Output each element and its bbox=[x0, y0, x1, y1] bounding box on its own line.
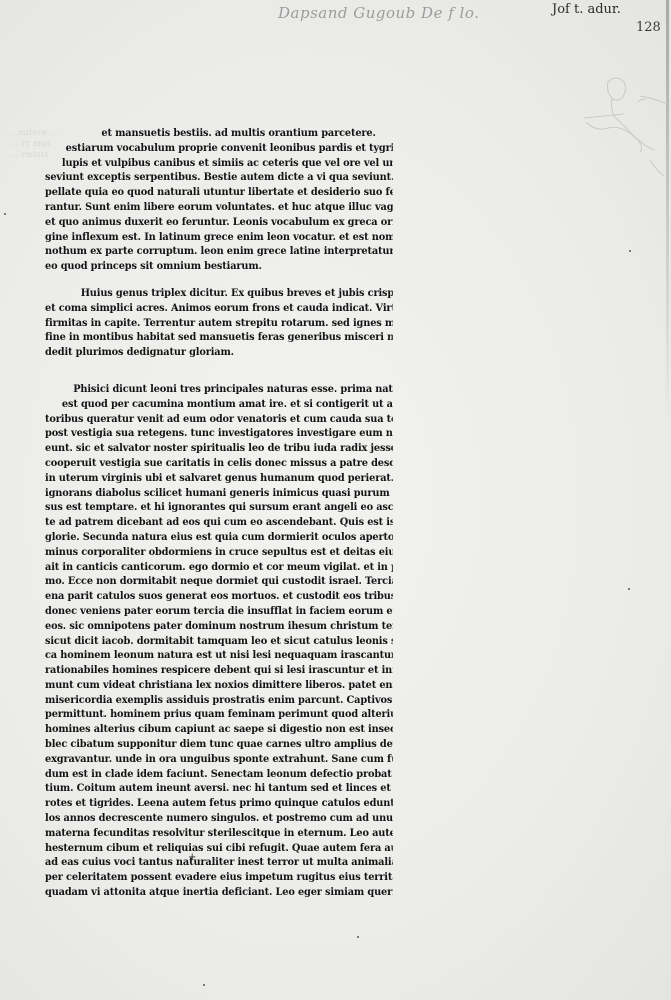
text-line: hesternum cibum et reliquias sui cibi re… bbox=[45, 841, 393, 856]
text-line: Phisici dicunt leoni tres principales na… bbox=[45, 382, 393, 397]
paragraph-phisici: Phisici dicunt leoni tres principales na… bbox=[45, 382, 415, 900]
text-line: nothum ex parte corruptum. leon enim gre… bbox=[45, 244, 393, 259]
text-line: et mansuetis bestiis. ad multis orantium… bbox=[45, 126, 393, 141]
text-line: rationabiles homines respicere debent qu… bbox=[45, 663, 393, 678]
text-line: ca hominem leonum natura est ut nisi les… bbox=[45, 648, 393, 663]
lion-sketch-icon bbox=[580, 70, 671, 190]
text-line: misericordia exemplis assiduis prostrati… bbox=[45, 693, 393, 708]
text-line: minus corporaliter obdormiens in cruce s… bbox=[45, 545, 393, 560]
ink-speck bbox=[4, 213, 6, 215]
text-line: ignorans diabolus scilicet humani generi… bbox=[45, 486, 393, 501]
ink-speck bbox=[629, 250, 631, 252]
text-line: rantur. Sunt enim libere eorum voluntate… bbox=[45, 200, 393, 215]
manuscript-text-block: et mansuetis bestiis. ad multis orantium… bbox=[45, 126, 415, 900]
paragraph-genus: Huius genus triplex dicitur. Ex quibus b… bbox=[45, 286, 415, 360]
text-line: lupis et vulpibus canibus et simiis ac c… bbox=[45, 156, 393, 171]
text-line: los annos decrescente numero singulos. e… bbox=[45, 811, 393, 826]
manuscript-page: Dapsand Gugoub De f lo. Jof t. adur. 128… bbox=[0, 0, 671, 1000]
header-annotation: Dapsand Gugoub De f lo. bbox=[278, 4, 479, 22]
end-cross-mark: + bbox=[188, 852, 196, 863]
text-line: ena parit catulos suos generat eos mortu… bbox=[45, 589, 393, 604]
text-line: fine in montibus habitat sed mansuetis f… bbox=[45, 330, 393, 345]
text-line: estiarum vocabulum proprie convenit leon… bbox=[45, 141, 393, 156]
text-line: firmitas in capite. Terrentur autem stre… bbox=[45, 316, 393, 331]
text-line: glorie. Secunda natura eius est quia cum… bbox=[45, 530, 393, 545]
text-line: munt cum videat christiana lex noxios di… bbox=[45, 678, 393, 693]
text-line: gine inflexum est. In latinum grece enim… bbox=[45, 230, 393, 245]
folio-number: 128 bbox=[636, 20, 661, 35]
shelfmark-annotation: Jof t. adur. bbox=[552, 2, 621, 17]
text-line: est quod per cacumina montium amat ire. … bbox=[45, 397, 393, 412]
text-line: materna fecunditas resolvitur sterilesci… bbox=[45, 826, 393, 841]
text-line: eunt. sic et salvator noster spiritualis… bbox=[45, 441, 393, 456]
text-line: toribus queratur venit ad eum odor venat… bbox=[45, 412, 393, 427]
text-line: dum est in clade idem faciunt. Senectam … bbox=[45, 767, 393, 782]
text-line: rotes et tigrides. Leena autem fetus pri… bbox=[45, 796, 393, 811]
text-line: quadam vi attonita atque inertia deficia… bbox=[45, 885, 393, 900]
text-line: blec cibatum supponitur diem tunc quae c… bbox=[45, 737, 393, 752]
text-line: post vestigia sua retegens. tunc investi… bbox=[45, 426, 393, 441]
binding-edge bbox=[666, 0, 669, 420]
text-line: mo. Ecce non dormitabit neque dormiet qu… bbox=[45, 574, 393, 589]
paragraph-bestiarum: et mansuetis bestiis. ad multis orantium… bbox=[45, 126, 415, 274]
text-line: ad eas cuius voci tantus naturaliter ine… bbox=[45, 855, 393, 870]
text-line: per celeritatem possent evadere eius imp… bbox=[45, 870, 393, 885]
text-line: Huius genus triplex dicitur. Ex quibus b… bbox=[45, 286, 393, 301]
text-line: cooperuit vestigia sue caritatis in celi… bbox=[45, 456, 393, 471]
text-line: donec veniens pater eorum tercia die ins… bbox=[45, 604, 393, 619]
ink-speck bbox=[203, 984, 205, 986]
text-line: in uterum virginis ubi et salvaret genus… bbox=[45, 471, 393, 486]
text-line: ait in canticis canticorum. ego dormio e… bbox=[45, 560, 393, 575]
text-line: exgravantur. unde in ora unguibus sponte… bbox=[45, 752, 393, 767]
text-line: eo quod princeps sit omnium bestiarum. bbox=[45, 259, 393, 274]
text-line: dedit plurimos dedignatur gloriam. bbox=[45, 345, 393, 360]
text-line: te ad patrem dicebant ad eos qui cum eo … bbox=[45, 515, 393, 530]
text-line: et quo animus duxerit eo feruntur. Leoni… bbox=[45, 215, 393, 230]
ink-speck bbox=[628, 588, 630, 590]
text-line: homines alterius cibum capiunt ac saepe … bbox=[45, 722, 393, 737]
text-line: sus est temptare. et hi ignorantes qui s… bbox=[45, 500, 393, 515]
text-line: tium. Coitum autem ineunt aversi. nec hi… bbox=[45, 781, 393, 796]
text-line: seviunt exceptis serpentibus. Bestie aut… bbox=[45, 170, 393, 185]
ink-speck bbox=[357, 936, 359, 938]
text-line: eos. sic omnipotens pater dominum nostru… bbox=[45, 619, 393, 634]
text-line: permittunt. hominem prius quam feminam p… bbox=[45, 707, 393, 722]
text-line: sicut dicit iacob. dormitabit tamquam le… bbox=[45, 634, 393, 649]
text-line: pellate quia eo quod naturali utuntur li… bbox=[45, 185, 393, 200]
text-line: et coma simplici acres. Animos eorum fro… bbox=[45, 301, 393, 316]
